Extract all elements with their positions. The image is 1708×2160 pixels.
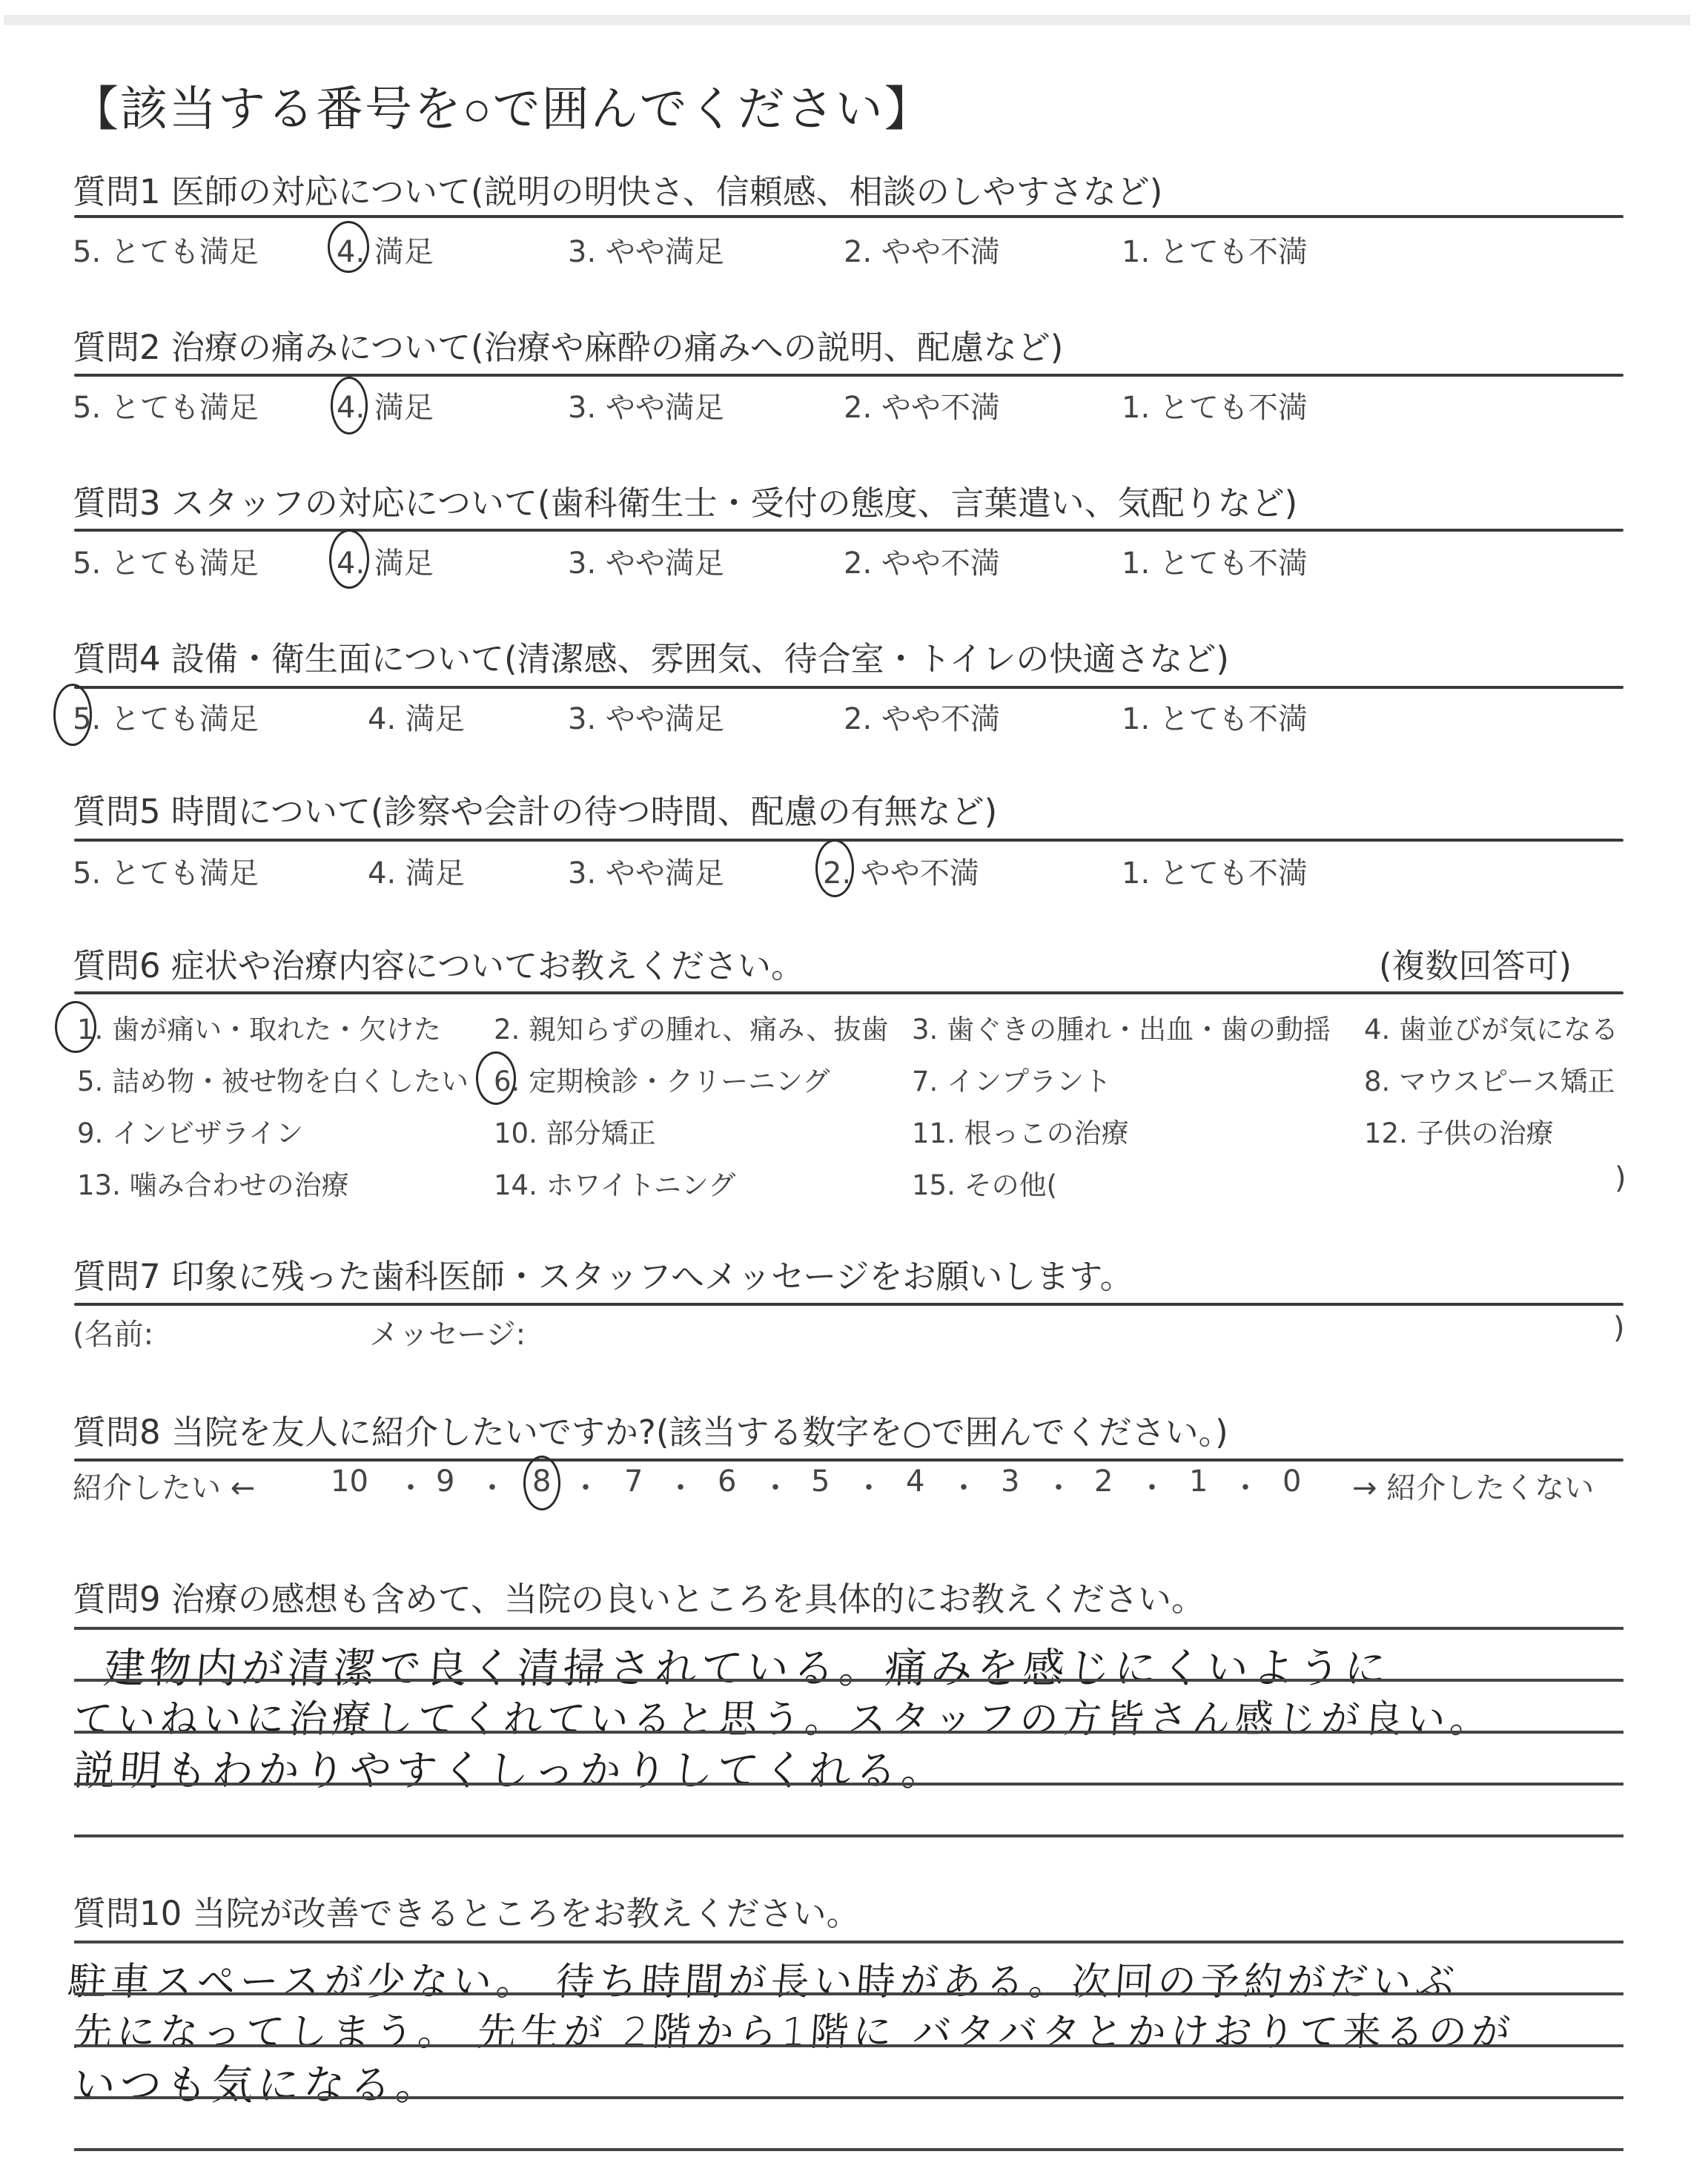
name-field-label[interactable]: (名前:: [73, 1311, 153, 1353]
q6-item-10[interactable]: 10. 部分矯正: [494, 1111, 656, 1151]
separator: ・: [761, 1464, 790, 1507]
separator: ・: [571, 1464, 600, 1507]
q6-item-15-other[interactable]: 15. その他(: [912, 1163, 1057, 1203]
question-9-label: 質問9 治療の感想も含めて、当院の良いところを具体的にお教えください。: [73, 1572, 1205, 1620]
q6-item-1-selected[interactable]: 1. 歯が痛い・取れた・欠けた: [77, 1007, 441, 1047]
option-4[interactable]: 4. 満足: [368, 850, 465, 892]
question-10-label: 質問10 当院が改善できるところをお教えください。: [73, 1886, 860, 1935]
q6-item-11[interactable]: 11. 根っこの治療: [912, 1111, 1129, 1151]
q6-item-4[interactable]: 4. 歯並びが気になる: [1364, 1007, 1618, 1047]
divider: [74, 991, 1623, 994]
scale-right-label: → 紹介したくない: [1352, 1464, 1594, 1507]
message-field-label[interactable]: メッセージ:: [369, 1311, 526, 1353]
writing-line: [74, 1627, 1623, 1630]
option-3[interactable]: 3. やや満足: [568, 540, 724, 582]
selection-circle: [329, 529, 369, 589]
option-2[interactable]: 2. やや不満: [844, 540, 1000, 582]
q6-item-6-selected[interactable]: 6. 定期検診・クリーニング: [494, 1059, 830, 1099]
writing-line: [74, 1992, 1623, 1995]
scale-left-label: 紹介したい ←: [73, 1464, 255, 1507]
option-5-selected[interactable]: 5. とても満足: [73, 696, 259, 738]
question-4-options: 5. とても満足 4. 満足 3. やや満足 2. やや不満 1. とても不満: [73, 696, 1629, 740]
question-2-options: 5. とても満足 4. 満足 3. やや満足 2. やや不満 1. とても不満: [73, 384, 1629, 429]
question-5-options: 5. とても満足 4. 満足 3. やや満足 2. やや不満 1. とても不満: [73, 850, 1629, 894]
option-1[interactable]: 1. とても不満: [1122, 384, 1308, 426]
writing-line: [74, 1834, 1623, 1837]
scale-0[interactable]: 0: [1282, 1464, 1301, 1499]
scale-3[interactable]: 3: [1001, 1464, 1019, 1499]
close-paren: ): [1613, 1311, 1625, 1345]
question-4-label: 質問4 設備・衛生面について(清潔感、雰囲気、待合室・トイレの快適さなど): [73, 632, 1229, 680]
option-1[interactable]: 1. とても不満: [1122, 696, 1308, 738]
q9-answer-line-2: ていねいに治療してくれていると思う。スタッフの方皆さん感じが良い。: [72, 1688, 1494, 1743]
q6-item-14[interactable]: 14. ホワイトニング: [494, 1163, 735, 1203]
option-2[interactable]: 2. やや不満: [844, 228, 1000, 271]
option-5[interactable]: 5. とても満足: [73, 850, 259, 892]
question-2-label: 質問2 治療の痛みについて(治療や麻酔の痛みへの説明、配慮など): [73, 320, 1063, 369]
selection-circle: [476, 1051, 516, 1105]
scale-1[interactable]: 1: [1189, 1464, 1208, 1499]
option-3[interactable]: 3. やや満足: [568, 850, 724, 892]
divider: [74, 839, 1623, 842]
q6-item-8[interactable]: 8. マウスピース矯正: [1364, 1059, 1615, 1099]
divider: [74, 686, 1623, 689]
writing-line: [74, 1941, 1623, 1943]
option-2[interactable]: 2. やや不満: [844, 384, 1000, 426]
question-3-label: 質問3 スタッフの対応について(歯科衛生士・受付の態度、言葉遣い、気配りなど): [73, 476, 1297, 524]
q7-message-row: (名前: メッセージ: ): [73, 1311, 1629, 1355]
option-2-selected[interactable]: 2. やや不満: [823, 850, 979, 892]
divider: [74, 1459, 1623, 1462]
option-3[interactable]: 3. やや満足: [568, 384, 724, 426]
writing-line: [74, 1731, 1623, 1734]
question-8-label: 質問8 当院を友人に紹介したいですか?(該当する数字を○で囲んでください。): [73, 1405, 1228, 1453]
q10-answer-line-2: 先になってしまう。 先生が 2階から1階に バタバタとかけおりて来るのが: [72, 2001, 1516, 2056]
q6-item-2[interactable]: 2. 親知らずの腫れ、痛み、抜歯: [494, 1007, 889, 1047]
q6-item-13[interactable]: 13. 噛み合わせの治療: [77, 1163, 349, 1203]
question-5-label: 質問5 時間について(診察や会計の待つ時間、配慮の有無など): [73, 785, 997, 833]
q6-item-9[interactable]: 9. インビザライン: [77, 1111, 303, 1151]
q6-item-7[interactable]: 7. インプラント: [912, 1059, 1111, 1099]
selection-circle: [328, 221, 369, 273]
option-4-selected[interactable]: 4. 満足: [337, 228, 434, 271]
q6-item-3[interactable]: 3. 歯ぐきの腫れ・出血・歯の動揺: [912, 1007, 1331, 1047]
selection-circle: [815, 839, 854, 897]
option-4-selected[interactable]: 4. 満足: [337, 540, 434, 582]
writing-line: [74, 2096, 1623, 2099]
writing-line: [74, 1783, 1623, 1786]
divider: [74, 1303, 1623, 1306]
divider: [74, 374, 1623, 377]
writing-line: [74, 2044, 1623, 2047]
option-2[interactable]: 2. やや不満: [844, 696, 1000, 738]
option-4[interactable]: 4. 満足: [368, 696, 465, 738]
q6-item-5[interactable]: 5. 詰め物・被せ物を白くしたい: [77, 1059, 469, 1099]
option-1[interactable]: 1. とても不満: [1122, 228, 1308, 271]
option-3[interactable]: 3. やや満足: [568, 696, 724, 738]
question-7-label: 質問7 印象に残った歯科医師・スタッフへメッセージをお願いします。: [73, 1249, 1133, 1298]
divider: [74, 215, 1623, 218]
option-4-selected[interactable]: 4. 満足: [337, 384, 434, 426]
option-3[interactable]: 3. やや満足: [568, 228, 724, 271]
selection-circle: [331, 377, 368, 435]
separator: ・: [1137, 1464, 1167, 1507]
question-1-label: 質問1 医師の対応について(説明の明快さ、信頼感、相談のしやすさなど): [73, 165, 1162, 213]
scale-5[interactable]: 5: [811, 1464, 830, 1499]
selection-circle: [53, 684, 92, 746]
separator: ・: [854, 1464, 884, 1507]
separator: ・: [1044, 1464, 1073, 1507]
selection-circle: [55, 1001, 96, 1053]
question-3-options: 5. とても満足 4. 満足 3. やや満足 2. やや不満 1. とても不満: [73, 540, 1629, 584]
q9-answer-line-3: 説明もわかりやすくしっかりしてくれる。: [72, 1738, 950, 1797]
separator: ・: [396, 1464, 426, 1507]
question-6-label: 質問6 症状や治療内容についてお教えください。: [73, 939, 804, 987]
option-1[interactable]: 1. とても不満: [1122, 850, 1308, 892]
separator: ・: [1231, 1464, 1260, 1507]
writing-line: [74, 1679, 1623, 1682]
scale-6[interactable]: 6: [718, 1464, 736, 1499]
separator: ・: [666, 1464, 695, 1507]
scale-4[interactable]: 4: [906, 1464, 924, 1499]
q9-answer-line-1: 建物内が清潔で良く清掃されている。痛みを感じにくいように: [102, 1636, 1393, 1695]
scale-9[interactable]: 9: [436, 1464, 454, 1499]
other-close-paren: ): [1615, 1161, 1626, 1195]
recommend-scale: 紹介したい ← 10 ・ 9 ・ 8 ・ 7 ・ 6 ・ 5 ・ 4 ・ 3 ・…: [73, 1464, 1629, 1509]
q6-item-12[interactable]: 12. 子供の治療: [1364, 1111, 1554, 1151]
scale-7[interactable]: 7: [624, 1464, 643, 1499]
writing-line: [74, 2148, 1623, 2151]
option-1[interactable]: 1. とても不満: [1122, 540, 1308, 582]
page-title: 【該当する番号を○で囲んでください】: [71, 71, 933, 139]
option-5[interactable]: 5. とても満足: [73, 228, 259, 271]
question-1-options: 5. とても満足 4. 満足 3. やや満足 2. やや不満 1. とても不満: [73, 228, 1629, 273]
scale-2[interactable]: 2: [1094, 1464, 1113, 1499]
divider: [74, 529, 1623, 532]
q10-answer-line-1: 駐車スペースが少ない。 待ち時間が長い時がある。次回の予約がだいぶ: [66, 1950, 1460, 2006]
q10-answer-line-3: いつも気になる。: [72, 2052, 444, 2112]
option-5[interactable]: 5. とても満足: [73, 384, 259, 426]
scale-10[interactable]: 10: [331, 1464, 368, 1499]
separator: ・: [477, 1464, 507, 1507]
separator: ・: [949, 1464, 979, 1507]
scan-top-edge: [4, 15, 1690, 25]
multiple-answers-note: (複数回答可): [1379, 939, 1572, 987]
option-5[interactable]: 5. とても満足: [73, 540, 259, 582]
